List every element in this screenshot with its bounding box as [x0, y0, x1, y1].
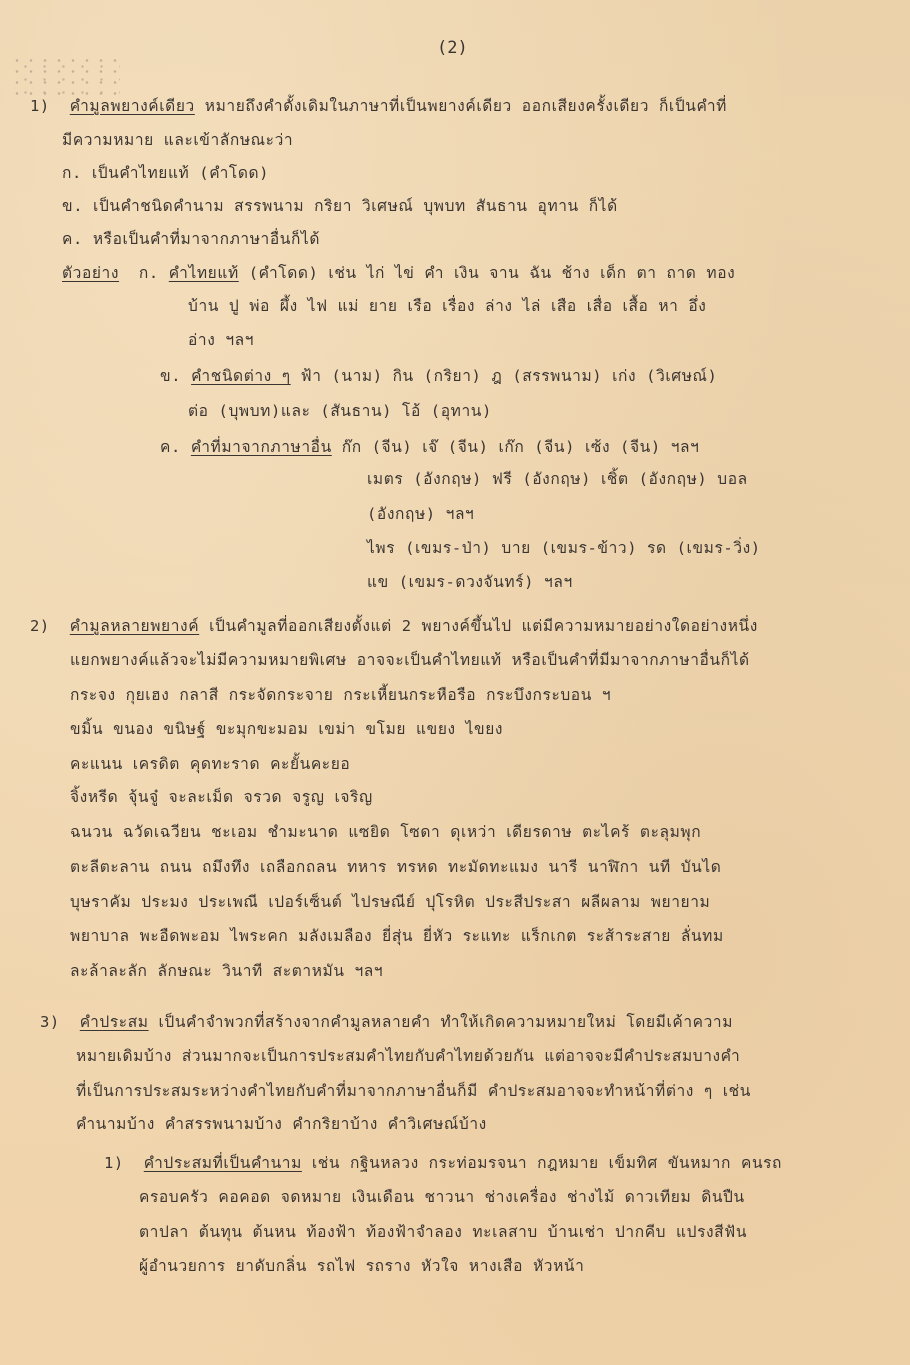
section-intro: หมายถึงคำดั้งเดิมในภาษาที่เป็นพยางค์เดีย…: [195, 97, 727, 115]
subsection-1-heading: 1) คำประสมที่เป็นคำนาม เช่น กฐินหลวง กระ…: [104, 1153, 782, 1173]
example-ko-line3: อ่าง ฯลฯ: [188, 330, 254, 350]
example-kho-khwai-line2: เมตร (อังกฤษ) ฟรี (อังกฤษ) เชิ้ต (อังกฤษ…: [367, 469, 748, 489]
section-2-line: กระจง กุยเฮง กลาสี กระจัดกระจาย กระเหี้ย…: [70, 685, 611, 705]
section-2-line: คะแนน เครดิต คุดทะราด คะยั้นคะยอ: [70, 754, 350, 774]
criterion-kho-khwai: ค. หรือเป็นคำที่มาจากภาษาอื่นก็ได้: [62, 229, 320, 249]
example-prefix: ค.: [160, 438, 191, 456]
example-text: (คำโดด) เช่น ไก่ ไข่ คำ เงิน จาน ฉัน ช้า…: [239, 264, 736, 282]
example-kho-line1: ข. คำชนิดต่าง ๆ ฟ้า (นาม) กิน (กริยา) ฎ …: [160, 366, 717, 386]
section-number: 1): [30, 97, 50, 115]
section-intro: เป็นคำจำพวกที่สร้างจากคำมูลหลายคำ ทำให้เ…: [149, 1013, 733, 1031]
subsection-1-line: ตาปลา ต้นทุน ต้นหน ท้องฟ้า ท้องฟ้าจำลอง …: [139, 1222, 747, 1242]
section-2-line: พยาบาล พะอืดพะอม ไพระคก มลังเมลือง ยี่สุ…: [70, 926, 724, 946]
paper-stain: [10, 55, 120, 95]
example-title: คำไทยแท้: [169, 264, 239, 282]
section-3-line: ที่เป็นการประสมระหว่างคำไทยกับคำที่มาจาก…: [76, 1081, 751, 1101]
examples-label: ตัวอย่าง: [62, 264, 119, 282]
example-kho-khwai-line3: (อังกฤษ) ฯลฯ: [367, 504, 474, 524]
page-number: (2): [437, 38, 468, 58]
section-1-intro-line2: มีความหมาย และเข้าลักษณะว่า: [62, 130, 293, 150]
section-title: คำประสม: [80, 1013, 149, 1031]
subsection-intro: เช่น กฐินหลวง กระท่อมรจนา กฎหมาย เข็มทิศ…: [302, 1154, 782, 1172]
subsection-number: 1): [104, 1154, 124, 1172]
subsection-1-line: ครอบครัว คอคอด จดหมาย เงินเดือน ชาวนา ช่…: [139, 1187, 745, 1207]
example-kho-khwai-line5: แข (เขมร-ดวงจันทร์) ฯลฯ: [367, 572, 573, 592]
example-ko-line2: บ้าน ปู พ่อ ผึ้ง ไฟ แม่ ยาย เรือ เรื่อง …: [188, 296, 706, 316]
section-3-heading: 3) คำประสม เป็นคำจำพวกที่สร้างจากคำมูลหล…: [40, 1012, 733, 1032]
criterion-ko: ก. เป็นคำไทยแท้ (คำโดด): [62, 163, 269, 183]
section-3-line: คำนามบ้าง คำสรรพนามบ้าง คำกริยาบ้าง คำวิ…: [76, 1114, 487, 1134]
section-2-line: แยกพยางค์แล้วจะไม่มีความหมายพิเศษ อาจจะเ…: [70, 650, 750, 670]
example-kho-line2: ต่อ (บุพบท)และ (สันธาน) โอ้ (อุทาน): [188, 401, 492, 421]
example-title: คำที่มาจากภาษาอื่น: [191, 438, 332, 456]
example-text: ฟ้า (นาม) กิน (กริยา) ฎ (สรรพนาม) เก่ง (…: [291, 367, 718, 385]
section-2-line: ตะลีตะลาน ถนน ถมึงทึง เถลือกถลน ทหาร ทรห…: [70, 857, 721, 877]
document-page: (2) 1) คำมูลพยางค์เดียว หมายถึงคำดั้งเดิ…: [0, 0, 910, 1365]
example-ko-line1: ตัวอย่าง ก. คำไทยแท้ (คำโดด) เช่น ไก่ ไข…: [62, 263, 735, 283]
section-number: 2): [30, 617, 50, 635]
section-title: คำมูลพยางค์เดียว: [70, 97, 195, 115]
criterion-kho: ข. เป็นคำชนิดคำนาม สรรพนาม กริยา วิเศษณ์…: [62, 196, 618, 216]
section-2-line: บุษราคัม ประมง ประเพณี เปอร์เซ็นต์ ไปรษณ…: [70, 892, 710, 912]
section-intro: เป็นคำมูลที่ออกเสียงตั้งแต่ 2 พยางค์ขึ้น…: [199, 617, 758, 635]
example-prefix: ข.: [160, 367, 191, 385]
subsection-title: คำประสมที่เป็นคำนาม: [144, 1154, 302, 1172]
section-2-line: ขมิ้น ขนอง ขนิษฐ์ ขะมุกขะมอม เขม่า ขโมย …: [70, 719, 503, 739]
example-text: ก๊ก (จีน) เจ๊ (จีน) เก๊ก (จีน) เซ้ง (จีน…: [332, 438, 700, 456]
example-prefix: ก.: [139, 264, 169, 282]
section-2-heading: 2) คำมูลหลายพยางค์ เป็นคำมูลที่ออกเสียงต…: [30, 616, 758, 636]
example-kho-khwai-line4: ไพร (เขมร-ป่า) บาย (เขมร-ข้าว) รด (เขมร-…: [367, 538, 761, 558]
section-2-line: ฉนวน ฉวัดเฉวียน ชะเอม ชำมะนาด แซยิด โซดา…: [70, 822, 701, 842]
section-1-heading: 1) คำมูลพยางค์เดียว หมายถึงคำดั้งเดิมในภ…: [30, 96, 727, 116]
section-2-line: จิ้งหรีด จุ้นจู๋ จะละเม็ด จรวด จรูญ เจริ…: [70, 787, 373, 807]
subsection-1-line: ผู้อำนวยการ ยาดับกลิ่น รถไฟ รถราง หัวใจ …: [139, 1256, 584, 1276]
example-title: คำชนิดต่าง ๆ: [191, 367, 291, 385]
section-title: คำมูลหลายพยางค์: [70, 617, 199, 635]
example-kho-khwai-line1: ค. คำที่มาจากภาษาอื่น ก๊ก (จีน) เจ๊ (จีน…: [160, 437, 699, 457]
section-3-line: หมายเดิมบ้าง ส่วนมากจะเป็นการประสมคำไทยก…: [76, 1046, 740, 1066]
section-2-line: ละล้าละลัก ลักษณะ วินาที สะตาหมัน ฯลฯ: [70, 961, 383, 981]
section-number: 3): [40, 1013, 60, 1031]
